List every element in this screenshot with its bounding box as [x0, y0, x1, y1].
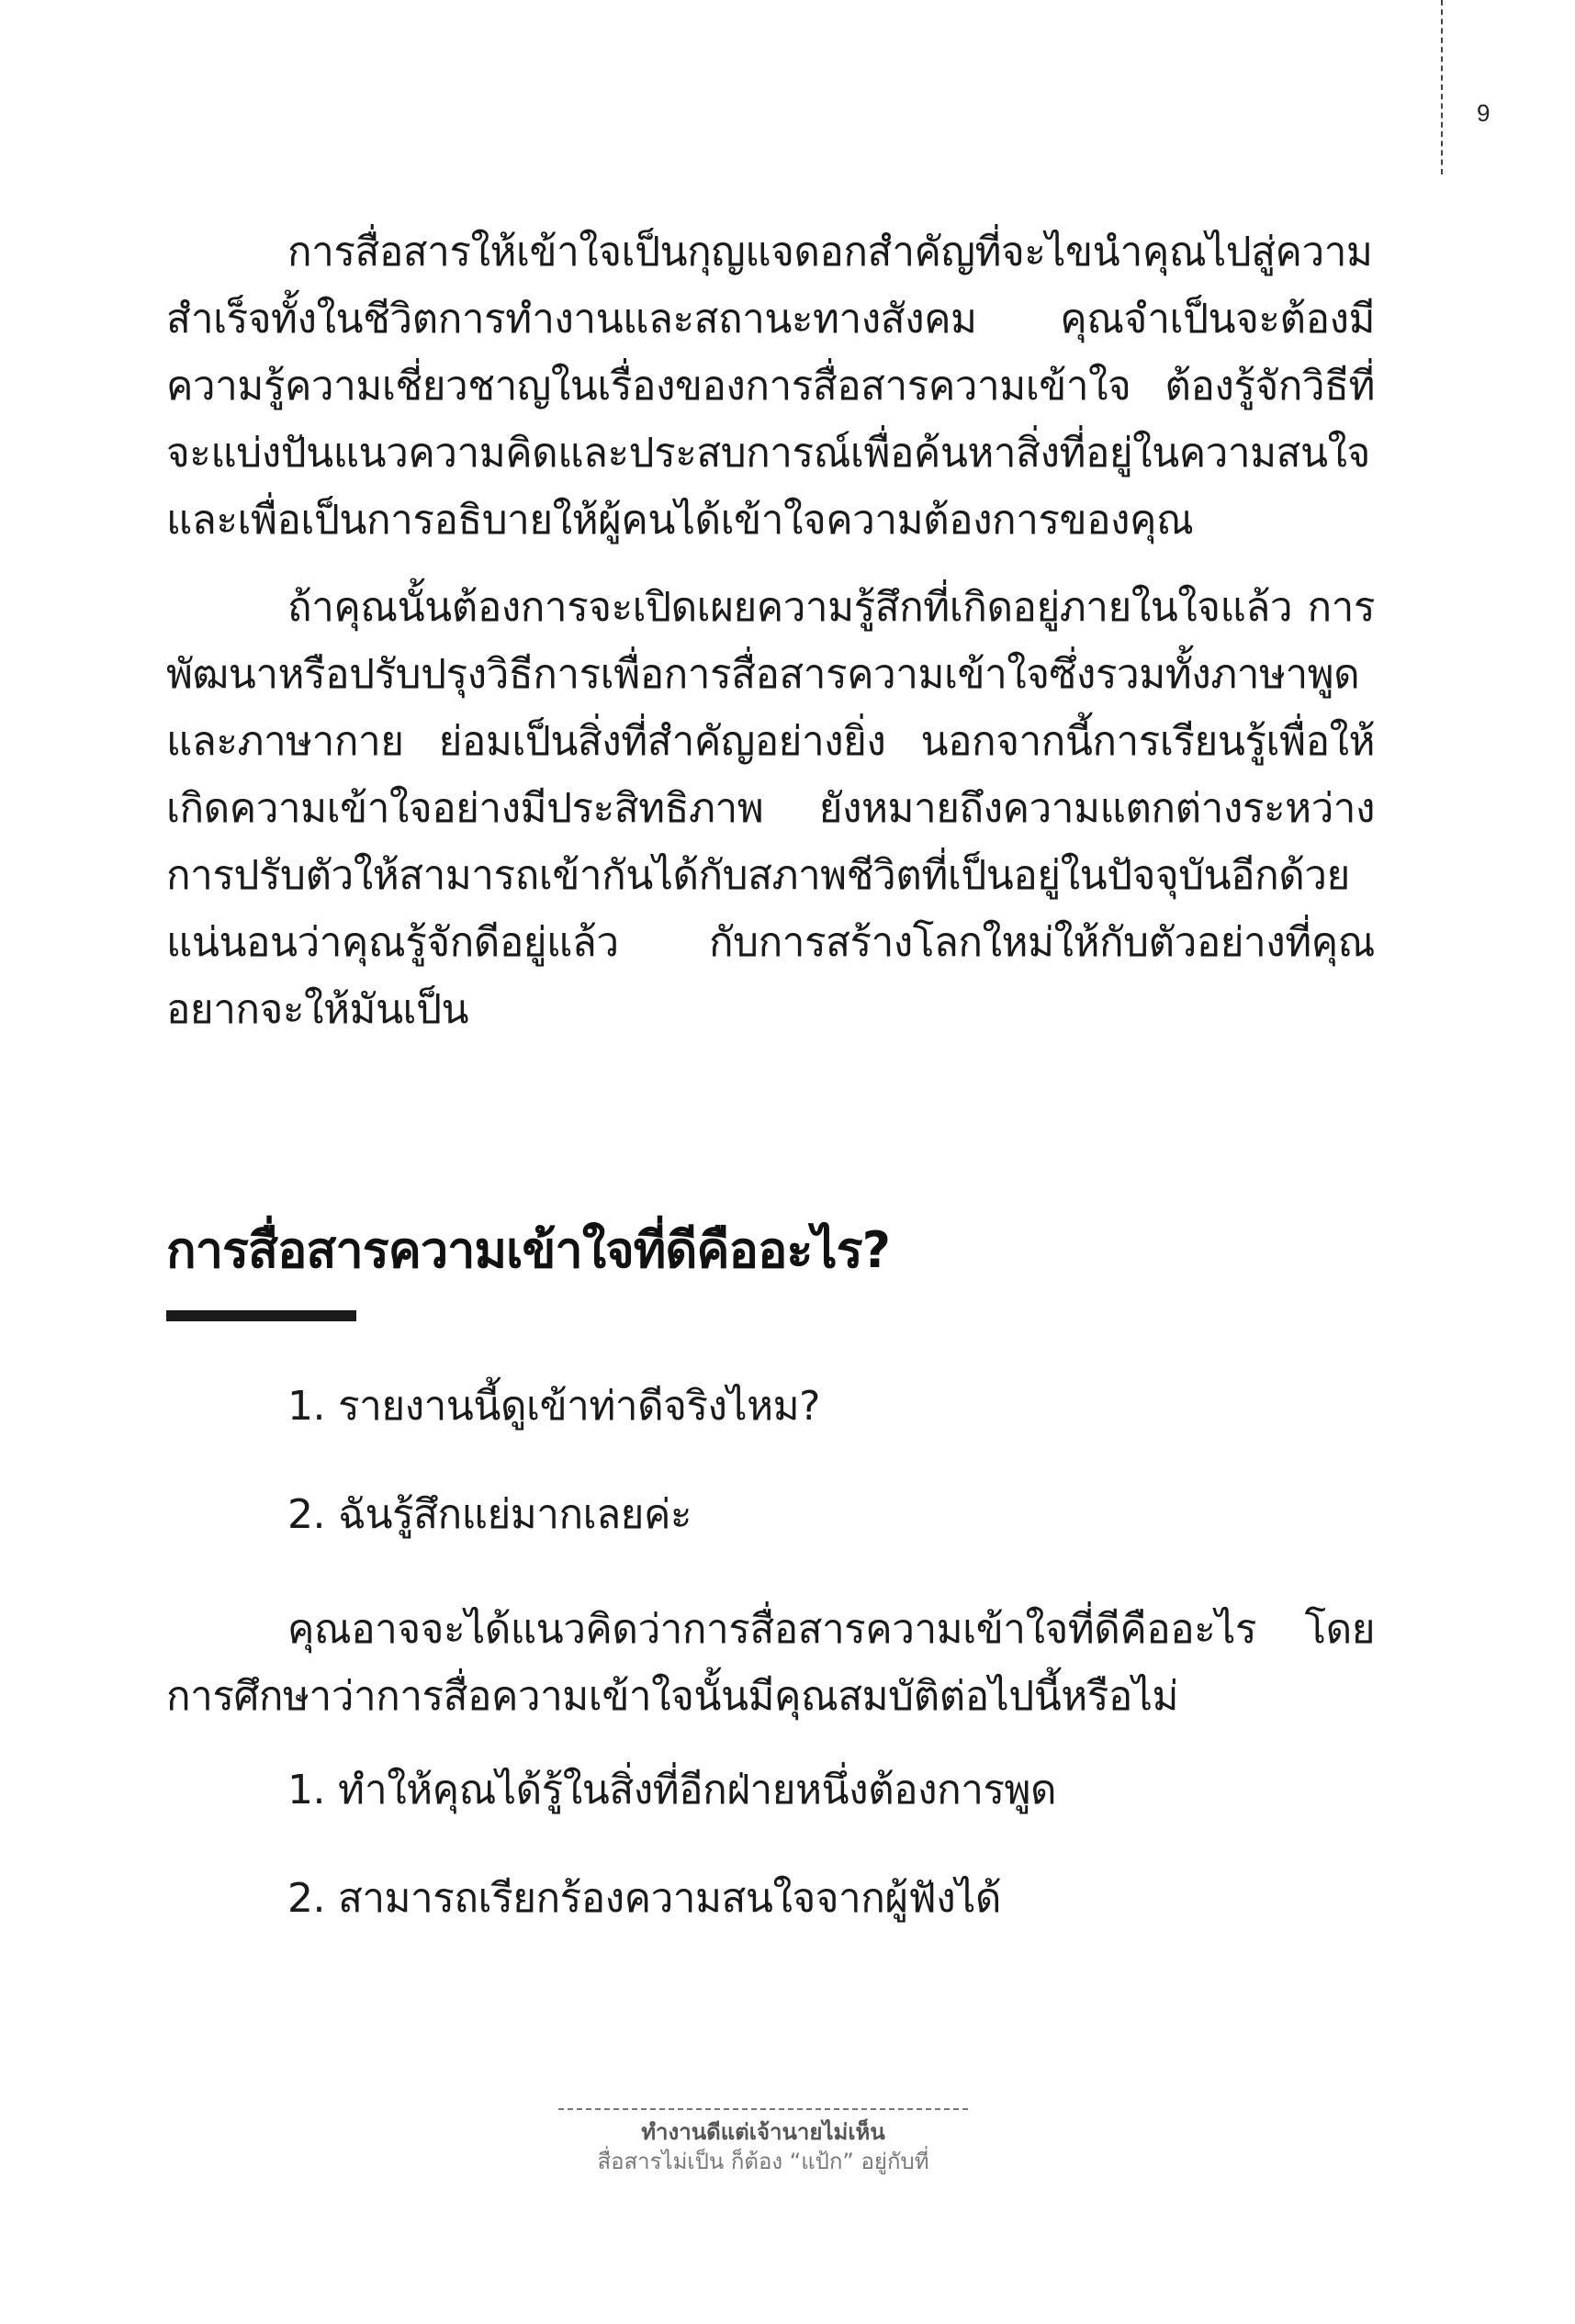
- list-item-text: รายงานนี้ดูเข้าท่าดีจริงไหม?: [338, 1383, 820, 1430]
- qualities-list: 1.ทำให้คุณได้รู้ในสิ่งที่อีกฝ่ายหนึ่งต้อ…: [287, 1763, 1056, 1980]
- margin-dashed-rule: [1441, 0, 1443, 174]
- page-footer: ทำงานดีแต่เจ้านายไม่เห็น สื่อสารไม่เป็น …: [558, 2108, 968, 2176]
- section-body: คุณอาจจะได้แนวคิดว่าการสื่อสารความเข้าใจ…: [166, 1596, 1375, 1730]
- footer-book-subtitle: สื่อสารไม่เป็น ก็ต้อง “แป้ก” อยู่กับที่: [558, 2147, 968, 2176]
- list-item-text: ฉันรู้สึกแย่มากเลยค่ะ: [338, 1491, 692, 1538]
- list-item: 2.ฉันรู้สึกแย่มากเลยค่ะ: [287, 1488, 820, 1543]
- list-item-text: ทำให้คุณได้รู้ในสิ่งที่อีกฝ่ายหนึ่งต้องก…: [338, 1767, 1056, 1813]
- footer-book-title: ทำงานดีแต่เจ้านายไม่เห็น: [558, 2117, 968, 2147]
- section-heading: การสื่อสารความเข้าใจที่ดีคืออะไร?: [166, 1210, 890, 1289]
- list-item: 1.ทำให้คุณได้รู้ในสิ่งที่อีกฝ่ายหนึ่งต้อ…: [287, 1763, 1056, 1818]
- footer-dashed-rule: [558, 2108, 968, 2110]
- heading-underline-rule: [166, 1310, 356, 1321]
- list-item: 2.สามารถเรียกร้องความสนใจจากผู้ฟังได้: [287, 1871, 1056, 1926]
- list-item-number: 2.: [287, 1491, 325, 1538]
- paragraph-2: ถ้าคุณนั้นต้องการจะเปิดเผยความรู้สึกที่เ…: [166, 574, 1375, 1043]
- list-item-number: 1.: [287, 1767, 325, 1813]
- list-item-number: 2.: [287, 1875, 325, 1922]
- body-text: การสื่อสารให้เข้าใจเป็นกุญแจดอกสำคัญที่จ…: [166, 219, 1375, 1043]
- list-item: 1.รายงานนี้ดูเข้าท่าดีจริงไหม?: [287, 1379, 820, 1434]
- paragraph-3: คุณอาจจะได้แนวคิดว่าการสื่อสารความเข้าใจ…: [166, 1596, 1375, 1730]
- list-item-text: สามารถเรียกร้องความสนใจจากผู้ฟังได้: [338, 1875, 1001, 1922]
- example-list: 1.รายงานนี้ดูเข้าท่าดีจริงไหม? 2.ฉันรู้ส…: [287, 1379, 820, 1596]
- paragraph-1: การสื่อสารให้เข้าใจเป็นกุญแจดอกสำคัญที่จ…: [166, 219, 1375, 554]
- page-number: 9: [1477, 99, 1490, 128]
- list-item-number: 1.: [287, 1383, 325, 1430]
